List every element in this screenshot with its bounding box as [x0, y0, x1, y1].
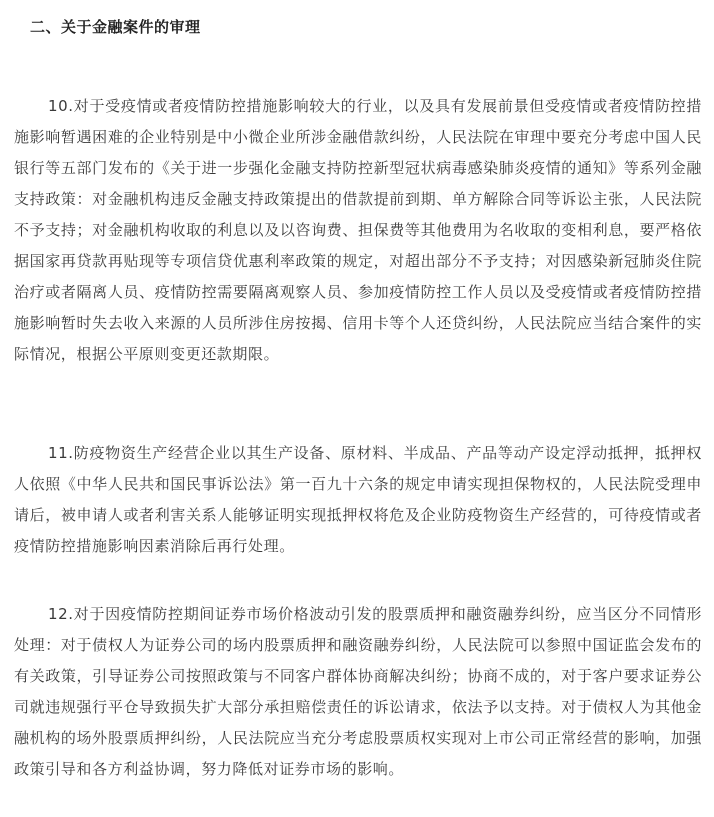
paragraph-10: 10.对于受疫情或者疫情防控措施影响较大的行业，以及具有发展前景但受疫情或者疫情… — [14, 91, 702, 370]
paragraph-12: 12.对于因疫情防控期间证券市场价格波动引发的股票质押和融资融券纠纷，应当区分不… — [14, 599, 702, 785]
section-heading: 二、关于金融案件的审理 — [30, 16, 201, 38]
paragraph-11: 11.防疫物资生产经营企业以其生产设备、原材料、半成品、产品等动产设定浮动抵押，… — [14, 438, 702, 562]
